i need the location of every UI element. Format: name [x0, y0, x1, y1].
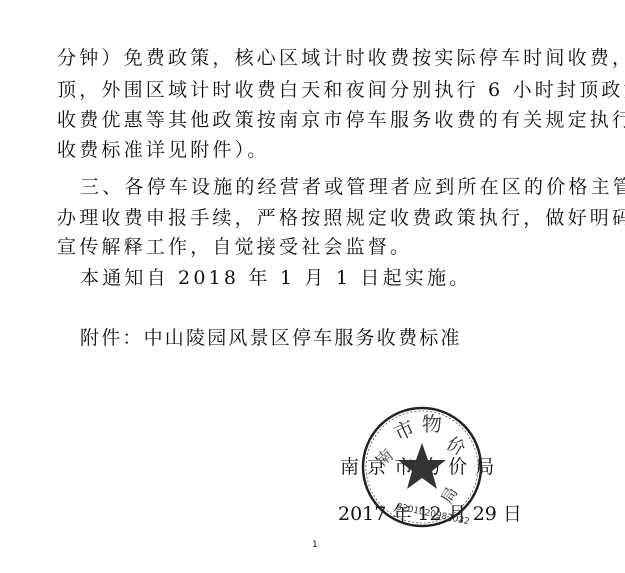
page-number: 1 [312, 540, 318, 550]
svg-text:局: 局 [437, 484, 461, 507]
body-line: 顶，外围区域计时收费白天和夜间分别执行 6 小时封顶政策，停车 [57, 78, 557, 102]
body-line: 收费优惠等其他政策按南京市停车服务收费的有关规定执行（具体 [57, 108, 557, 132]
svg-text:南: 南 [372, 445, 396, 470]
effective-date-notice: 本通知自 2018 年 1 月 1 日起实施。 [80, 266, 580, 290]
attachment-reference: 附件：中山陵园风景区停车服务收费标准 [80, 326, 580, 350]
body-line: 收费标准详见附件）。 [57, 138, 557, 162]
body-line: 三、各停车设施的经营者或管理者应到所在区的价格主管部门 [80, 175, 580, 199]
body-line: 办理收费申报手续，严格按照规定收费政策执行，做好明码标价和 [57, 206, 557, 230]
official-seal-icon: 市 物 价 局 南 3201020982032 [360, 405, 484, 529]
svg-text:物: 物 [422, 412, 442, 436]
body-line: 宣传解释工作，自觉接受社会监督。 [57, 235, 557, 259]
body-line: 分钟）免费政策，核心区域计时收费按实际停车时间收费，上不封 [57, 46, 557, 70]
svg-text:市: 市 [390, 415, 418, 445]
svg-text:价: 价 [443, 433, 469, 460]
